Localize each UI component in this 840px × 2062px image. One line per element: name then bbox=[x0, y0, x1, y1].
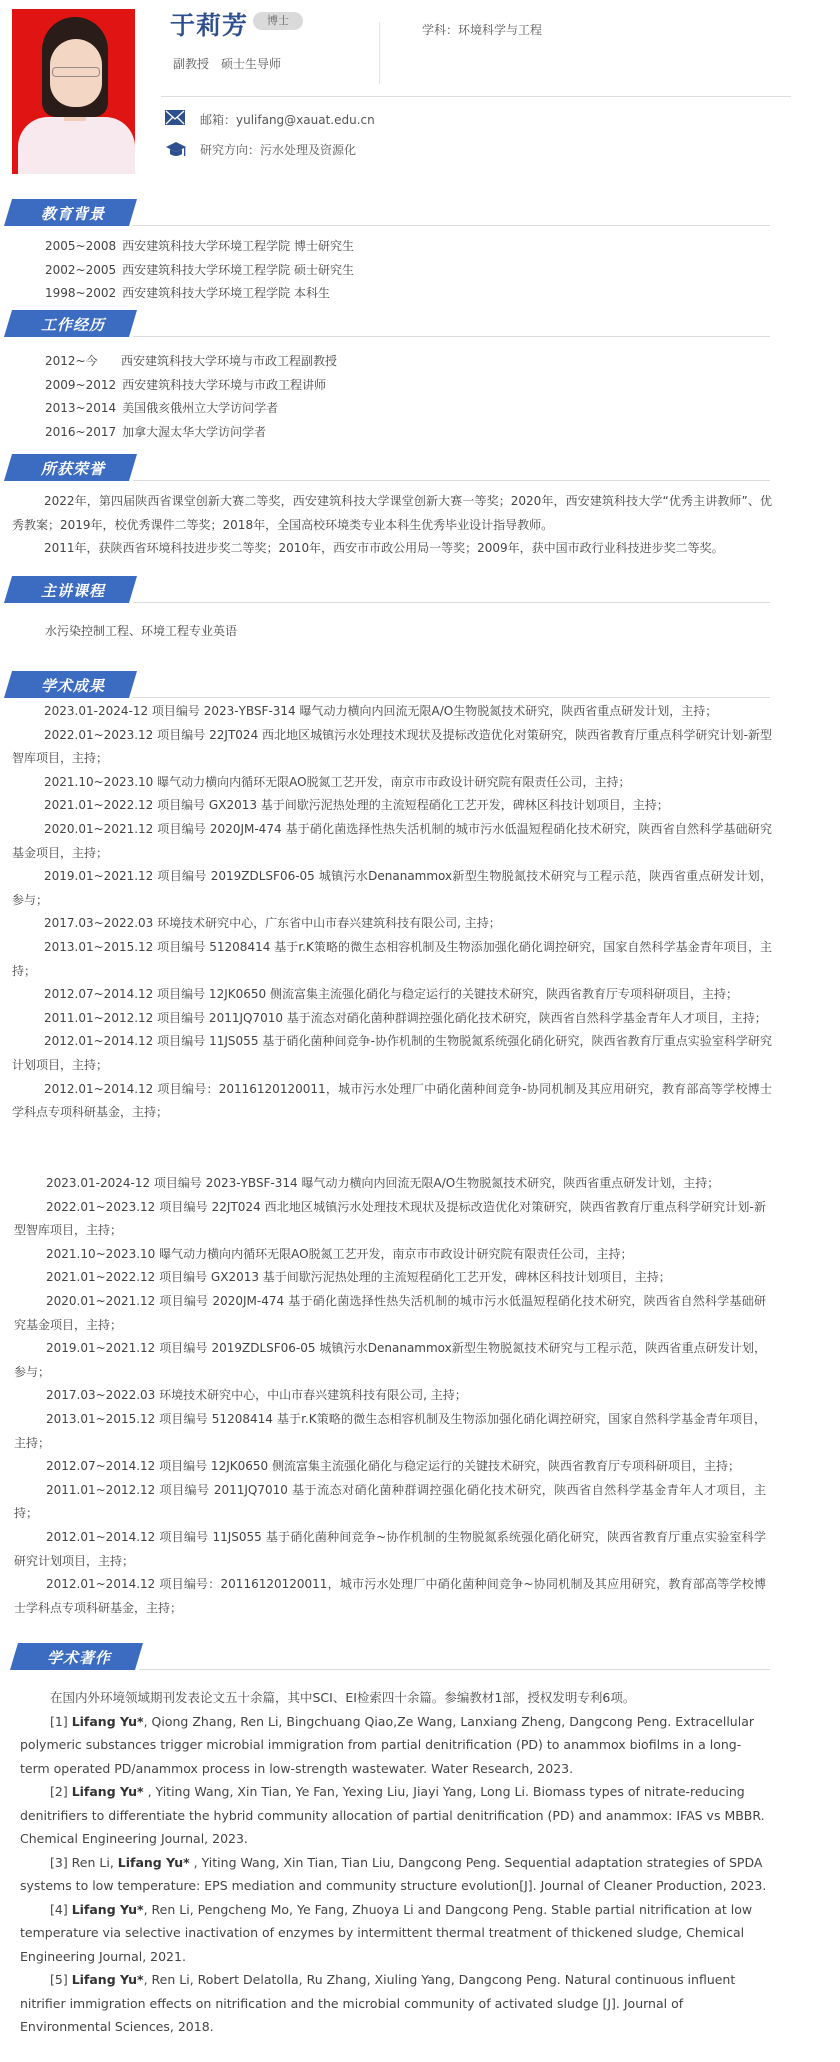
list-item: 2012.07~2014.12 项目编号 12JK0650 侧流富集主流强化硝化… bbox=[14, 1455, 766, 1479]
list-item: 2005~2008西安建筑科技大学环境工程学院 博士研究生 bbox=[45, 235, 354, 259]
section-header-honors: 所获荣誉 bbox=[4, 454, 770, 481]
section-header-publications: 学术著作 bbox=[10, 1643, 770, 1670]
courses-text: 水污染控制工程、环境工程专业英语 bbox=[15, 620, 775, 644]
list-item: 2023.01-2024-12 项目编号 2023-YBSF-314 曝气动力横… bbox=[12, 700, 772, 724]
publication-item: [2] Lifang Yu* , Yiting Wang, Xin Tian, … bbox=[20, 1780, 770, 1851]
list-item: 2011.01~2012.12 项目编号 2011JQ7010 基于流态对硝化菌… bbox=[14, 1479, 766, 1526]
research-text: 研究方向：污水处理及资源化 bbox=[200, 141, 356, 158]
section-header-work: 工作经历 bbox=[4, 310, 770, 337]
list-item: 2012.01~2014.12 项目编号 11JS055 基于硝化菌种间竞争-协… bbox=[12, 1030, 772, 1077]
publication-item: [3] Ren Li, Lifang Yu* , Yiting Wang, Xi… bbox=[20, 1851, 770, 1898]
publication-item: [4] Lifang Yu*, Ren Li, Pengcheng Mo, Ye… bbox=[20, 1898, 770, 1969]
section-title: 学术著作 bbox=[47, 1647, 111, 1668]
list-item: 2020.01~2021.12 项目编号 2020JM-474 基于硝化菌选择性… bbox=[12, 818, 772, 865]
work-list: 2012~今西安建筑科技大学环境与市政工程副教授 2009~2012西安建筑科技… bbox=[45, 350, 337, 444]
list-item: 2021.01~2022.12 项目编号 GX2013 基于间歇污泥热处理的主流… bbox=[14, 1266, 766, 1290]
section-title: 主讲课程 bbox=[41, 580, 105, 601]
degree-badge: 博士 bbox=[253, 12, 303, 30]
projects-list-b: 2023.01-2024-12 项目编号 2023-YBSF-314 曝气动力横… bbox=[14, 1172, 766, 1620]
list-item: 2023.01-2024-12 项目编号 2023-YBSF-314 曝气动力横… bbox=[14, 1172, 766, 1196]
list-item: 2022.01~2023.12 项目编号 22JT024 西北地区城镇污水处理技… bbox=[14, 1196, 766, 1243]
list-item: 2011.01~2012.12 项目编号 2011JQ7010 基于流态对硝化菌… bbox=[12, 1007, 772, 1031]
list-item: 2016~2017加拿大渥太华大学访问学者 bbox=[45, 421, 337, 445]
profile-discipline: 学科：环境科学与工程 bbox=[422, 21, 542, 38]
list-item: 2020.01~2021.12 项目编号 2020JM-474 基于硝化菌选择性… bbox=[14, 1290, 766, 1337]
section-title: 学术成果 bbox=[41, 675, 105, 696]
publications-intro: 在国内外环境领域期刊发表论文五十余篇，其中SCI、EI检索四十余篇。参编教材1部… bbox=[20, 1686, 770, 1710]
list-item: 2019.01~2021.12 项目编号 2019ZDLSF06-05 城镇污水… bbox=[12, 865, 772, 912]
envelope-icon bbox=[165, 110, 187, 128]
profile-titles: 副教授 硕士生导师 bbox=[173, 55, 281, 72]
email-text[interactable]: 邮箱：yulifang@xauat.edu.cn bbox=[200, 111, 375, 128]
list-item: 2012.07~2014.12 项目编号 12JK0650 侧流富集主流强化硝化… bbox=[12, 983, 772, 1007]
section-header-courses: 主讲课程 bbox=[4, 576, 770, 603]
list-item: 2002~2005西安建筑科技大学环境工程学院 硕士研究生 bbox=[45, 259, 354, 283]
list-item: 2012~今西安建筑科技大学环境与市政工程副教授 bbox=[45, 350, 337, 374]
vertical-divider bbox=[379, 22, 380, 84]
list-item: 2021.10~2023.10 曝气动力横向内循环无限AO脱氮工艺开发，南京市市… bbox=[12, 771, 772, 795]
section-header-education: 教育背景 bbox=[4, 199, 770, 226]
list-item: 2013.01~2015.12 项目编号 51208414 基于r.K策略的微生… bbox=[12, 936, 772, 983]
research-row: 研究方向：污水处理及资源化 bbox=[165, 140, 356, 158]
publication-item: [1] Lifang Yu*, Qiong Zhang, Ren Li, Bin… bbox=[20, 1710, 770, 1781]
email-row: 邮箱：yulifang@xauat.edu.cn bbox=[165, 110, 375, 128]
list-item: 2013~2014美国俄亥俄州立大学访问学者 bbox=[45, 397, 337, 421]
publications-list: 在国内外环境领域期刊发表论文五十余篇，其中SCI、EI检索四十余篇。参编教材1部… bbox=[20, 1686, 770, 2039]
graduation-cap-icon bbox=[165, 140, 187, 158]
list-item: 2012.01~2014.12 项目编号 11JS055 基于硝化菌种间竞争~协… bbox=[14, 1526, 766, 1573]
list-item: 2021.01~2022.12 项目编号 GX2013 基于间歇污泥热处理的主流… bbox=[12, 794, 772, 818]
honors-text: 2022年，第四届陕西省课堂创新大赛二等奖，西安建筑科技大学课堂创新大赛一等奖；… bbox=[12, 490, 772, 561]
list-item: 2021.10~2023.10 曝气动力横向内循环无限AO脱氮工艺开发，南京市市… bbox=[14, 1243, 766, 1267]
section-title: 教育背景 bbox=[41, 203, 105, 224]
section-title: 工作经历 bbox=[41, 314, 105, 335]
profile-photo bbox=[12, 9, 135, 174]
list-item: 2017.03~2022.03 环境技术研究中心，中山市春兴建筑科技有限公司, … bbox=[14, 1384, 766, 1408]
education-list: 2005~2008西安建筑科技大学环境工程学院 博士研究生 2002~2005西… bbox=[45, 235, 354, 306]
list-item: 2012.01~2014.12 项目编号：20116120120011，城市污水… bbox=[14, 1573, 766, 1620]
list-item: 1998~2002西安建筑科技大学环境工程学院 本科生 bbox=[45, 282, 354, 306]
profile-name: 于莉芳 bbox=[170, 6, 248, 42]
list-item: 2013.01~2015.12 项目编号 51208414 基于r.K策略的微生… bbox=[14, 1408, 766, 1455]
header-divider bbox=[161, 96, 791, 97]
profile-header: 于莉芳 博士 副教授 硕士生导师 学科：环境科学与工程 邮箱：yulifang@… bbox=[0, 0, 840, 180]
publication-item: [5] Lifang Yu*, Ren Li, Robert Delatolla… bbox=[20, 1968, 770, 2039]
list-item: 2017.03~2022.03 环境技术研究中心，广东省中山市春兴建筑科技有限公… bbox=[12, 912, 772, 936]
projects-list-a: 2023.01-2024-12 项目编号 2023-YBSF-314 曝气动力横… bbox=[12, 700, 772, 1125]
section-title: 所获荣誉 bbox=[41, 458, 105, 479]
list-item: 2012.01~2014.12 项目编号：20116120120011，城市污水… bbox=[12, 1078, 772, 1125]
list-item: 2022.01~2023.12 项目编号 22JT024 西北地区城镇污水处理技… bbox=[12, 724, 772, 771]
section-header-achievements: 学术成果 bbox=[4, 671, 770, 698]
list-item: 2019.01~2021.12 项目编号 2019ZDLSF06-05 城镇污水… bbox=[14, 1337, 766, 1384]
list-item: 2009~2012西安建筑科技大学环境与市政工程讲师 bbox=[45, 374, 337, 398]
